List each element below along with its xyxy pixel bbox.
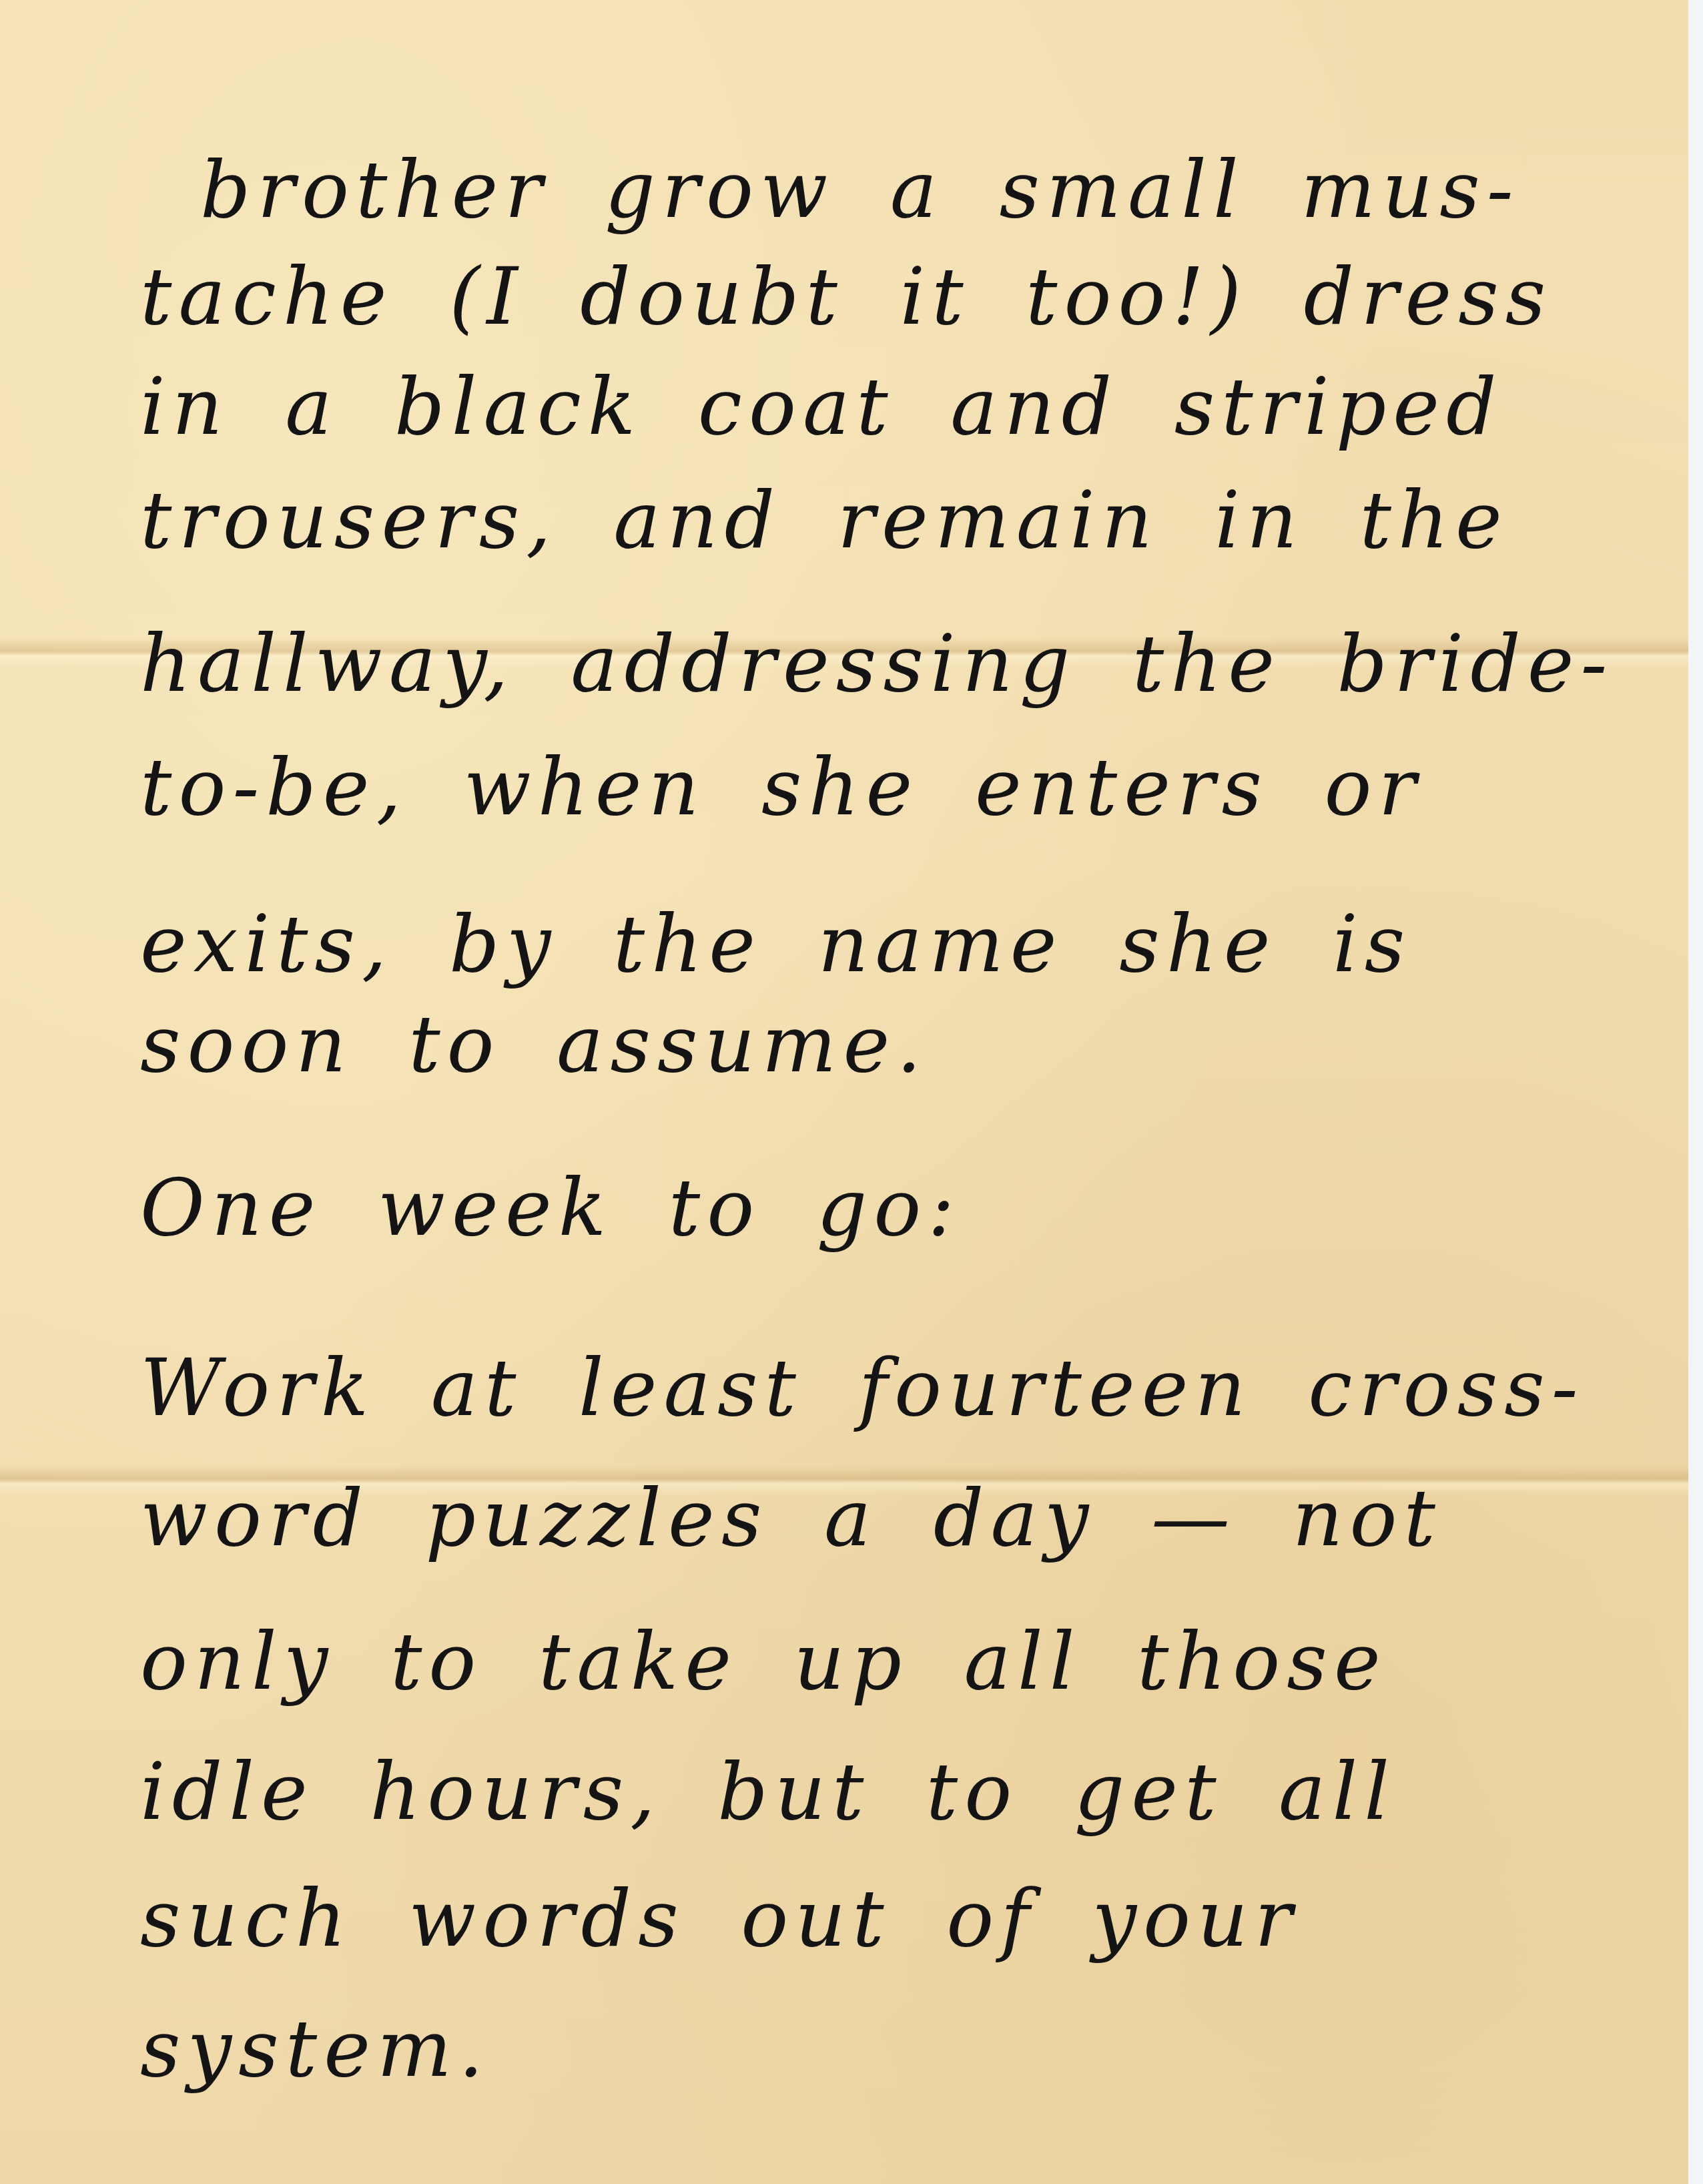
handwritten-line: such words out of your [140,1879,1299,1958]
handwritten-line: in a black coat and striped [140,367,1503,446]
letter-page: brother grow a small mus- tache (I doubt… [0,0,1688,2184]
handwritten-line: only to take up all those [140,1622,1387,1701]
handwritten-line: word puzzles a day — not [140,1478,1442,1557]
handwritten-line: system. [140,2009,490,2088]
handwritten-line: idle hours, but to get all [140,1752,1396,1831]
handwritten-line: soon to assume. [140,1005,928,1083]
handwritten-line: exits, by the name she is [140,904,1411,983]
handwritten-line: to-be, when she enters or [140,748,1423,826]
handwritten-line: trousers, and remain in the [140,481,1509,559]
handwritten-line: hallway, addressing the bride- [140,624,1614,703]
section-heading: One week to go: [140,1168,961,1247]
handwritten-line: brother grow a small mus- [200,150,1520,229]
handwritten-line: tache (I doubt it too!) dress [140,257,1552,336]
handwritten-line: Work at least fourteen cross- [140,1348,1585,1427]
